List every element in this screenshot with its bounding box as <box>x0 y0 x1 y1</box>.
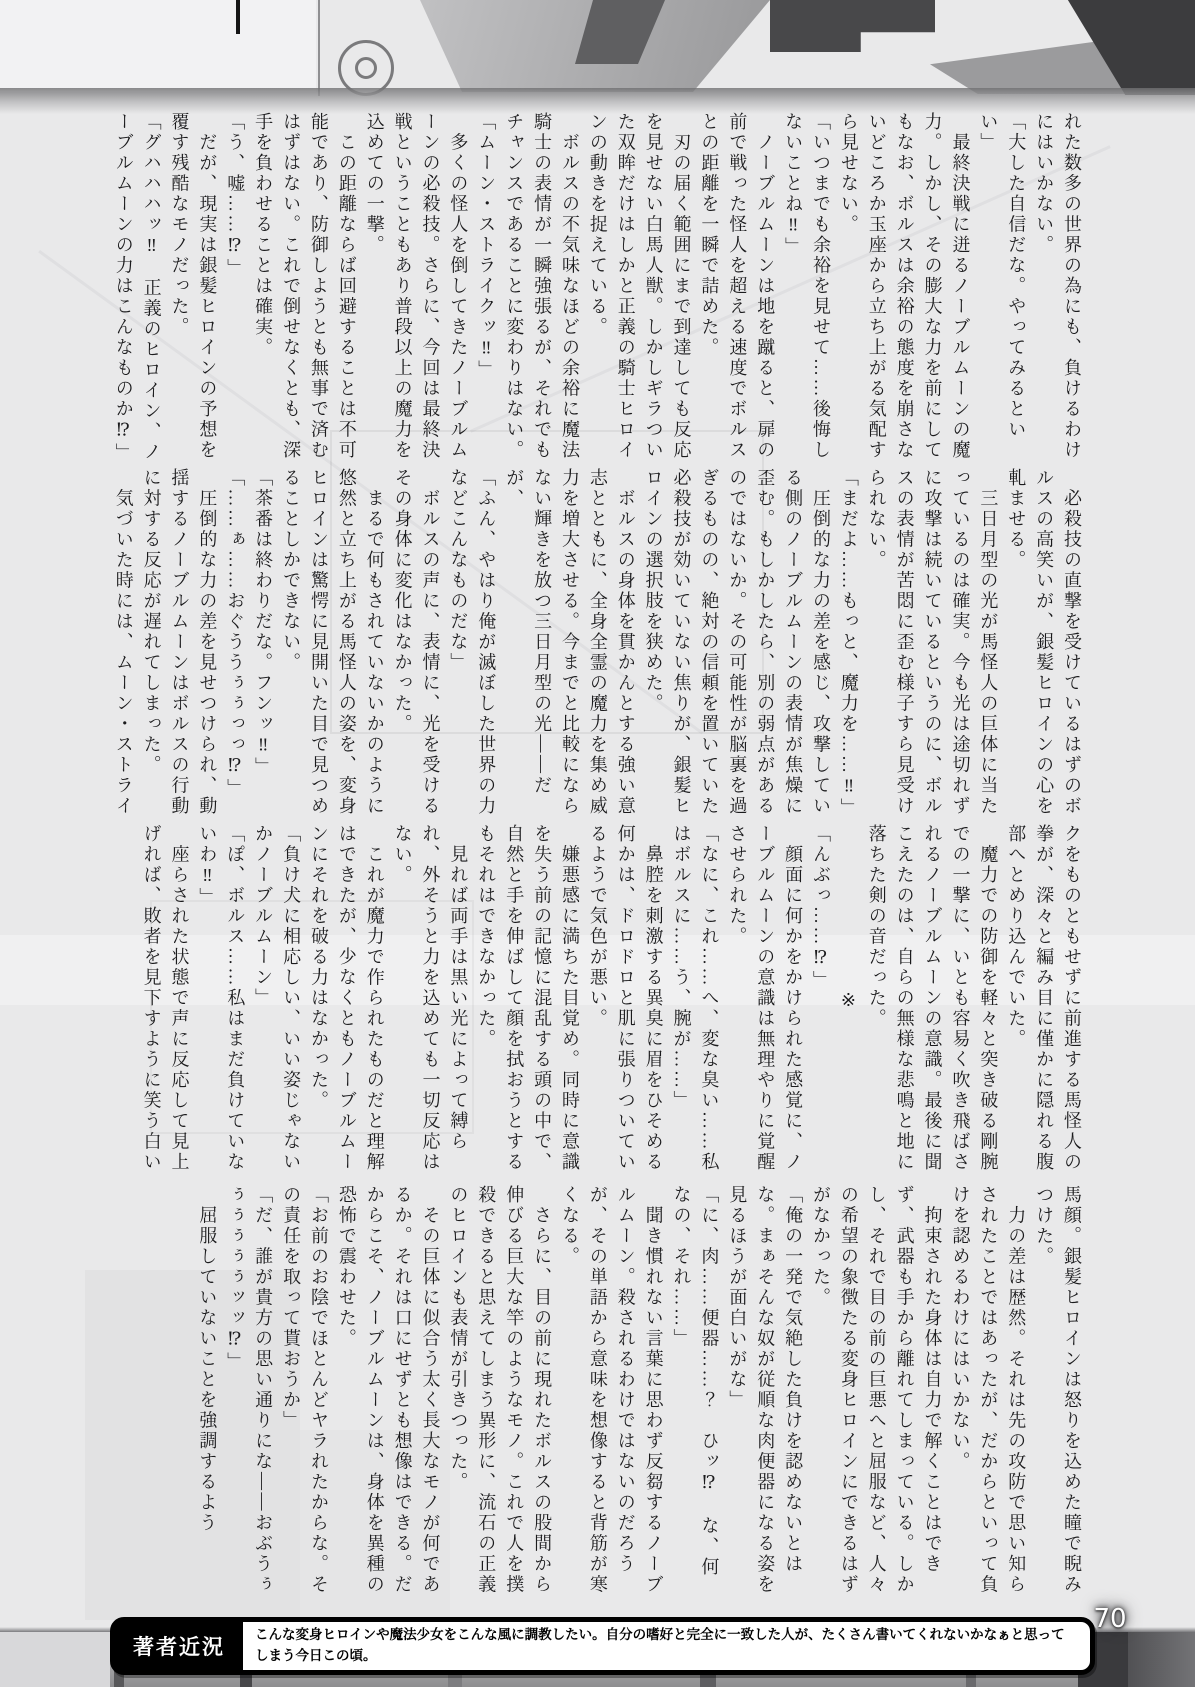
paragraph: ボルスの不気味なほどの余裕に魔法騎士の表情が一瞬強張るが、それでもチャンスである… <box>499 112 583 464</box>
paragraph: 「に、肉……便器……？ ひッ⁉ な、何なの、それ……」 <box>667 1185 723 1597</box>
paragraph: 「負け犬に相応しい、いい姿じゃないかノーブルムーン」 <box>248 824 304 1176</box>
paragraph: 鼻腔を刺激する異臭に眉をひそめる何かは、ドロドロと肌に張りついているようで気色が… <box>583 824 667 1176</box>
bottom-art-light-panel <box>0 1632 110 1687</box>
paragraph: さらに、目の前に現れたボルスの股間から伸びる巨大な竿のようなモノ。これで人を撲殺… <box>444 1185 556 1597</box>
paragraph: 「ぽ、ボルス……私はまだ負けていないわ‼」 <box>193 824 249 1176</box>
paragraph: 気づいた時には、ムーン・ストライ <box>109 468 137 820</box>
paragraph: ボルスの身体を貫かんとする強い意志とともに、全身全霊の魔力を集め威力を増大させる… <box>499 468 638 820</box>
paragraph: 「大した自信だな。やってみるといい」 <box>973 112 1029 464</box>
top-art-left-panel <box>0 0 316 92</box>
paragraph: 「だ、誰が貴方の思い通りにな――おぶうぅぅぅぅぅぅッッ⁉」 <box>220 1185 276 1597</box>
book-page: れた数多の世界の為にも、負けるわけにはいかない。「大した自信だな。やってみるとい… <box>0 0 1195 1687</box>
text-band-4: 馬顔。銀髪ヒロインは怒りを込めた瞳で睨みつけた。 力の差は歴然。それは先の攻防で… <box>112 1185 1085 1597</box>
paragraph: 屈服していないことを強調するよう <box>193 1185 221 1597</box>
paragraph: 「グハハハッ‼ 正義のヒロイン、ノーブルムーンの力はこんなものか⁉」 <box>109 112 165 464</box>
paragraph: 圧倒的な力の差を感じ、攻撃している側のノーブルムーンの表情が焦燥に歪む。もしかし… <box>639 468 834 820</box>
paragraph: 「俺の一発で気絶した負けを認めないとはな。まぁそんな奴が従順な肉便器になる姿を見… <box>722 1185 806 1597</box>
paragraph: 「お前のお陰でほとんどヤラれたからな。その責任を取って貰おうか」 <box>276 1185 332 1597</box>
top-art-vertical-line <box>318 0 320 96</box>
paragraph: 「……ぁ……おぐううぅぅっっ⁉」 <box>220 468 248 820</box>
paragraph: ノーブルムーンは地を蹴ると、扉の前で戦った怪人を超える速度でボルスとの距離を一瞬… <box>695 112 779 464</box>
text-band-1: れた数多の世界の為にも、負けるわけにはいかない。「大した自信だな。やってみるとい… <box>112 112 1085 464</box>
paragraph: 「んぶっ……⁉」 <box>806 824 834 1176</box>
paragraph: 見れば両手は黒い光によって縛られ、外そうと力を込めても一切反応はない。 <box>388 824 472 1176</box>
paragraph: 嫌悪感に満ちた目覚め。同時に意識を失う前の記憶に混乱する頭の中で、自然と手を伸ば… <box>471 824 583 1176</box>
paragraph: 「いつまでも余裕を見せて……後悔しないことね‼」 <box>778 112 834 464</box>
author-note-text: こんな変身ヒロインや魔法少女をこんな風に調教したい。自分の嗜好と完全に一致した人… <box>243 1622 1090 1670</box>
bottom-art-corner-block <box>1128 1632 1195 1687</box>
paragraph: だが、現実は銀髪ヒロインの予想を覆す残酷なモノだった。 <box>165 112 221 464</box>
author-note-bar: 著者近況 こんな変身ヒロインや魔法少女をこんな風に調教したい。自分の嗜好と完全に… <box>110 1617 1095 1675</box>
text-band-2: 必殺技の直撃を受けているはずのボルスの高笑いが、銀髪ヒロインの心を軋ませる。 三… <box>112 468 1085 820</box>
paragraph: 馬顔。銀髪ヒロインは怒りを込めた瞳で睨みつけた。 <box>1029 1185 1085 1597</box>
paragraph: 「ムーン・ストライクッ‼」 <box>471 112 499 464</box>
paragraph: ボルスの声に、表情に、光を受けるその身体に変化はなかった。 <box>388 468 444 820</box>
paragraph: その巨体に似合う太く長大なモノが何であるか。それは口にせずとも想像はできる。だか… <box>332 1185 444 1597</box>
paragraph: 顔面に何かをかけられた感覚に、ノーブルムーンの意識は無理やりに覚醒させられた。 <box>722 824 806 1176</box>
paragraph: 刃の届く範囲にまで到達しても反応を見せない白馬人獣。しかしギラついた双眸だけはし… <box>583 112 695 464</box>
paragraph: 「なに、これ……へ、変な臭い……私はボルスに……う、腕が……」 <box>667 824 723 1176</box>
paragraph: これが魔力で作られたものだと理解はできたが、少なくともノーブルムーンにそれを破る… <box>304 824 388 1176</box>
paragraph: 「う、嘘……⁉」 <box>220 112 248 464</box>
paragraph: ※ <box>834 824 862 1176</box>
paragraph: 聞き慣れない言葉に思わず反芻するノーブルムーン。殺されるわけではないのだろうが、… <box>555 1185 667 1597</box>
paragraph: 拘束された身体は自力で解くことはできず、武器も手から離れてしまっている。しかし、… <box>806 1185 945 1597</box>
paragraph: 座らされた状態で声に反応して見上げれば、敗者を見下すように笑う白い <box>137 824 193 1176</box>
paragraph: 三日月型の光が馬怪人の巨体に当たっているのは確実。今も光は途切れずに攻撃は続いて… <box>862 468 1001 820</box>
paragraph: 魔力での防御を軽々と突き破る剛腕での一撃に、いとも容易く吹き飛ばされるノーブルム… <box>862 824 1001 1176</box>
top-art-dark-slab <box>770 0 935 52</box>
paragraph: 多くの怪人を倒してきたノーブルムーンの必殺技。さらに、今回は最終決戦ということも… <box>360 112 472 464</box>
author-note-label: 著者近況 <box>115 1622 243 1670</box>
paragraph: クをものともせずに前進する馬怪人の拳が、深々と編み目に僅かに隠れる腹部へとめり込… <box>1001 824 1085 1176</box>
paragraph: れた数多の世界の為にも、負けるわけにはいかない。 <box>1029 112 1085 464</box>
paragraph: まるで何もされていないかのように悠然と立ち上がる馬怪人の姿を、変身ヒロインは驚愕… <box>276 468 388 820</box>
text-band-3: クをものともせずに前進する馬怪人の拳が、深々と編み目に僅かに隠れる腹部へとめり込… <box>112 824 1085 1176</box>
paragraph: 圧倒的な力の差を見せつけられ、動揺するノーブルムーンはボルスの行動に対する反応が… <box>137 468 221 820</box>
paragraph: 力の差は歴然。それは先の攻防で思い知らされたことではあったが、だからといって負け… <box>946 1185 1030 1597</box>
paragraph: 「ふん、やはり俺が滅ぼした世界の力などこんなものだな」 <box>444 468 500 820</box>
paragraph: 必殺技の直撃を受けているはずのボルスの高笑いが、銀髪ヒロインの心を軋ませる。 <box>1001 468 1085 820</box>
paragraph: 「まだよ……もっと、魔力を……‼」 <box>834 468 862 820</box>
paragraph: この距離ならば回避することは不可能であり、防御しようとも無事で済むはずはない。こ… <box>248 112 360 464</box>
paragraph: 「茶番は終わりだな。フンッ‼」 <box>248 468 276 820</box>
top-art-black-tick <box>236 0 240 34</box>
paragraph: 最終決戦に迸るノーブルムーンの魔力。しかし、その膨大な力を前にしてもなお、ボルス… <box>834 112 973 464</box>
top-gradient-band <box>0 88 1195 114</box>
